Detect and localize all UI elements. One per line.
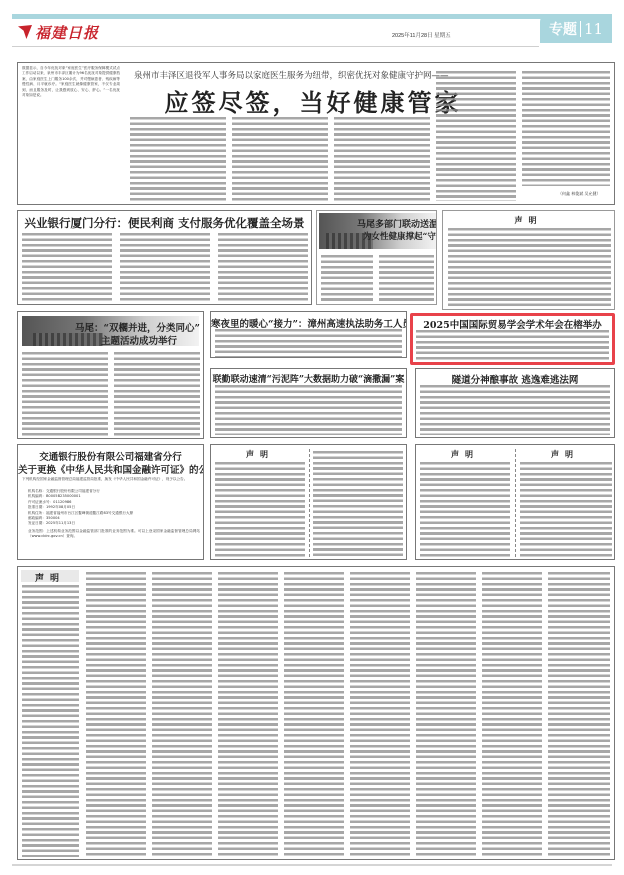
- newspaper-logo[interactable]: 福建日报: [18, 22, 99, 42]
- notice-column: [218, 572, 278, 857]
- article-cib-xiamen[interactable]: 兴业银行厦门分行：便民利商 支付服务优化覆盖全场景: [17, 210, 312, 305]
- notices-grid[interactable]: 声明: [17, 566, 615, 860]
- article-sludge-case[interactable]: 联勤联动速清“污泥阵”大数据助力破“滴撒漏”案: [210, 368, 407, 438]
- section-tab: 专题 11: [540, 14, 612, 43]
- article-column-2: [120, 233, 210, 301]
- lead-intro: 数据显示，自今年优抚对象“家庭医生”医疗服务保障模式试点工作启动以来，泉州市丰泽…: [22, 66, 120, 199]
- notice-column: [416, 572, 476, 857]
- notice-divider: [309, 449, 310, 557]
- lead-story[interactable]: 数据显示，自今年优抚对象“家庭医生”医疗服务保障模式试点工作启动以来，泉州市丰泽…: [17, 62, 615, 205]
- issue-date: 2025年11月28日 星期五: [392, 31, 451, 39]
- lead-column-4: [334, 117, 430, 201]
- masthead-rule: [12, 46, 539, 47]
- logo-text: 福建日报: [35, 22, 99, 43]
- notice-middle-left[interactable]: 声明: [210, 444, 407, 560]
- announcement-footer: 业务范围：上述机构业务范围以金融监管部门批准的业务范围为准。可以上登录国家金融监…: [28, 529, 200, 541]
- article-body: [416, 330, 609, 360]
- notice-middle-right[interactable]: 声明 声明: [415, 444, 615, 560]
- announcement-title-1: 交通银行股份有限公司福建省分行: [18, 449, 203, 463]
- article-zhangzhou-highway[interactable]: 寒夜里的暖心“接力”：漳州高速执法助务工人员返乡: [210, 311, 407, 358]
- page-footer-rule: [12, 864, 612, 866]
- masthead-top-bar: [12, 14, 612, 19]
- lead-column-5: [436, 71, 516, 201]
- notice-column: [86, 572, 146, 857]
- notice-divider: [515, 449, 516, 557]
- article-column-1: [321, 255, 373, 303]
- article-column-2: [379, 255, 434, 303]
- notice-body: [215, 462, 305, 558]
- lead-column-3: [232, 117, 328, 201]
- article-body: [215, 329, 402, 357]
- lead-headline: 应签尽签，当好健康管家: [158, 83, 468, 118]
- notice-title: 声明: [516, 449, 614, 460]
- article-body: [420, 385, 610, 435]
- announcement-bocom[interactable]: 交通银行股份有限公司福建省分行 关于更换《中华人民共和国金融许可证》的公告 下列…: [17, 444, 204, 560]
- article-mawei-women[interactable]: 马尾多部门联动送温暖 为女性健康撑起“守护伞”: [316, 210, 437, 305]
- lead-column-2: [130, 117, 226, 201]
- article-column-1: [22, 352, 108, 436]
- notice-body: [448, 228, 611, 308]
- article-tunnel-accident[interactable]: 隧道分神酿事故 逃逸难逃法网: [415, 368, 615, 438]
- notice-body: [420, 462, 510, 558]
- article-headline: 联勤联动速清“污泥阵”大数据助力破“滴撒漏”案: [211, 372, 406, 385]
- notice-title: 声明: [416, 449, 514, 460]
- lead-column-6: [522, 71, 610, 186]
- section-divider: [580, 21, 581, 37]
- notice-column: [548, 572, 610, 857]
- notice-column: [482, 572, 542, 857]
- article-headline-1: 马尾多部门联动送温暖: [357, 217, 437, 230]
- logo-flag-icon: [18, 25, 32, 39]
- notice-body-2: [520, 462, 612, 558]
- article-headline-2: 主题活动成功举行: [101, 333, 177, 347]
- announcement-fields: 机构名称：交通银行股份有限公司福建省分行 机构编码：B0005B23500000…: [28, 489, 200, 527]
- notice-top-right[interactable]: 声明: [442, 210, 615, 310]
- lead-kicker: 泉州市丰泽区退役军人事务局以家庭医生服务为纽带，织密优抚对象健康守护网——: [134, 69, 449, 81]
- article-headline: 兴业银行厦门分行：便民利商 支付服务优化覆盖全场景: [18, 215, 311, 231]
- article-headline-1: 马尾：“双櫊并进，分类同心”: [75, 320, 200, 334]
- notice-title: 声明: [443, 215, 614, 226]
- notice-title: 声明: [21, 571, 79, 584]
- lead-byline: （何鑫 林俊斌 吴允健）: [558, 191, 601, 197]
- notice-column: [284, 572, 344, 857]
- notice-title: 声明: [211, 449, 309, 460]
- notice-column: [152, 572, 212, 857]
- field-row: 发证日期：2025年11月13日: [28, 521, 200, 526]
- article-trade-conference[interactable]: 2025中国国际贸易学会学术年会在榕举办: [413, 316, 612, 362]
- notice-column: [350, 572, 410, 857]
- article-headline: 2025中国国际贸易学会学术年会在榕举办: [413, 317, 612, 331]
- article-column-3: [218, 233, 308, 301]
- notice-body-2: [313, 451, 403, 558]
- article-headline-2: 为女性健康撑起“守护伞”: [363, 230, 437, 242]
- announcement-intro: 下列机构经国家金融监督管理总局福建监管局批准，换发《中华人民共和国金融许可证》，…: [22, 477, 200, 488]
- masthead: 福建日报 2025年11月28日 星期五 专题 11: [12, 14, 612, 44]
- article-mawei-waste[interactable]: 马尾：“双櫊并进，分类同心” 主题活动成功举行: [17, 311, 204, 439]
- section-label: 专题: [549, 19, 577, 39]
- article-body: [215, 385, 402, 435]
- article-column-1: [22, 233, 112, 301]
- announcement-title-2: 关于更换《中华人民共和国金融许可证》的公告: [18, 462, 203, 476]
- article-headline: 寒夜里的暖心“接力”：漳州高速执法助务工人员返乡: [211, 316, 406, 330]
- notice-column: [22, 585, 79, 857]
- article-headline: 隧道分神酿事故 逃逸难逃法网: [416, 372, 614, 386]
- article-column-2: [114, 352, 200, 436]
- page-number: 11: [584, 20, 603, 38]
